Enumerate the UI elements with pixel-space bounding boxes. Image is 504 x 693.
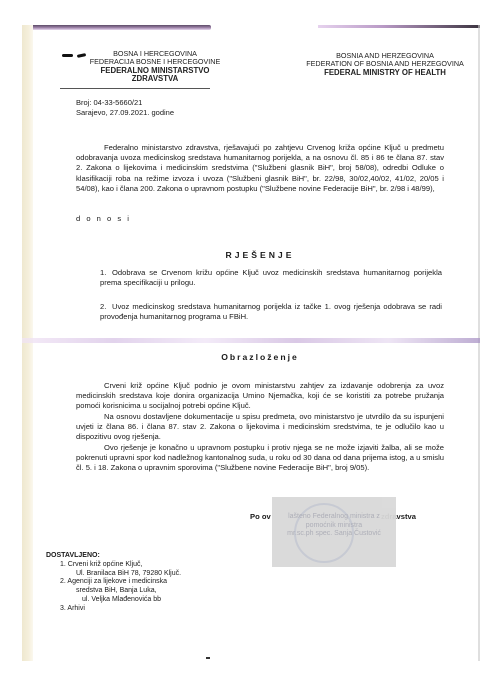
reasoning-paragraph: Ovo rješenje je konačno u upravnom postu… <box>76 443 444 474</box>
delivery-item: 1. Crveni križ općine Ključ, <box>60 561 181 570</box>
delivery-list: DOSTAVLJENO: 1. Crveni križ općine Ključ… <box>46 552 181 614</box>
stamp-text-line: lašteno Federalnog ministra z <box>272 513 396 522</box>
intro-paragraph: Federalno ministarstvo zdravstva, rješav… <box>76 143 444 194</box>
reasoning-paragraph: Crveni križ općine Ključ podnio je ovom … <box>76 381 444 412</box>
decision-item-number: 2. <box>100 302 112 312</box>
delivery-item: 3. Arhivi <box>60 605 181 614</box>
reasoning-paragraph: Na osnovu dostavljene dokumentacije u sp… <box>76 412 444 443</box>
logo-mark-icon <box>62 54 73 57</box>
stamp-text: lašteno Federalnog ministra z pomoćnik m… <box>272 513 396 539</box>
header-left: BOSNA I HERCEGOVINA FEDERACIJA BOSNE I H… <box>80 50 230 84</box>
decision-item: 1.Odobrava se Crvenom križu općine Ključ… <box>100 268 442 288</box>
decision-item: 2.Uvoz medicinskog sredstava humanitarno… <box>100 302 442 322</box>
delivery-item-address: Ul. Branilaca BiH 78, 79280 Ključ. <box>76 570 181 579</box>
reasoning-title: Obrazloženje <box>76 352 444 362</box>
stamp-text-line: pomoćnik ministra <box>272 522 396 531</box>
scan-artifact-top-right <box>318 25 480 28</box>
decision-item-text: Odobrava se Crvenom križu općine Ključ u… <box>100 268 442 287</box>
decision-item-text: Uvoz medicinskog sredstava humanitarnog … <box>100 302 442 321</box>
intro-verb: d o n o s i <box>76 214 444 224</box>
signature-line-left: Po ov <box>250 512 271 521</box>
decision-title: RJEŠENJE <box>76 250 444 260</box>
delivery-item-address: ul. Veljka Mlađenovića bb <box>82 596 181 605</box>
scan-fold-line <box>22 338 480 343</box>
redacted-stamp-signature: lašteno Federalnog ministra z pomoćnik m… <box>272 497 396 567</box>
delivery-item: 2. Agenciji za lijekove i medicinska <box>60 578 181 587</box>
stamp-text-line: mr.sc.ph spec. Sanja Čustović <box>272 530 396 539</box>
scan-artifact-top-left <box>33 25 211 30</box>
page-left-edge <box>22 25 33 661</box>
document-place-date: Sarajevo, 27.09.2021. godine <box>76 108 174 118</box>
delivery-title: DOSTAVLJENO: <box>46 552 181 561</box>
decision-item-number: 1. <box>100 268 112 278</box>
document-number: Broj: 04-33-5660/21 <box>76 98 174 108</box>
header-right-line3: FEDERAL MINISTRY OF HEALTH <box>300 69 470 77</box>
header-divider <box>60 88 210 89</box>
scan-speck <box>206 657 210 659</box>
document-meta: Broj: 04-33-5660/21 Sarajevo, 27.09.2021… <box>76 98 174 117</box>
page-right-edge <box>478 25 480 661</box>
delivery-item-address: sredstva BiH, Banja Luka, <box>76 587 181 596</box>
header-right: BOSNIA AND HERZEGOVINA FEDERATION OF BOS… <box>300 52 470 77</box>
header-left-line3: FEDERALNO MINISTARSTVO ZDRAVSTVA <box>80 67 230 84</box>
